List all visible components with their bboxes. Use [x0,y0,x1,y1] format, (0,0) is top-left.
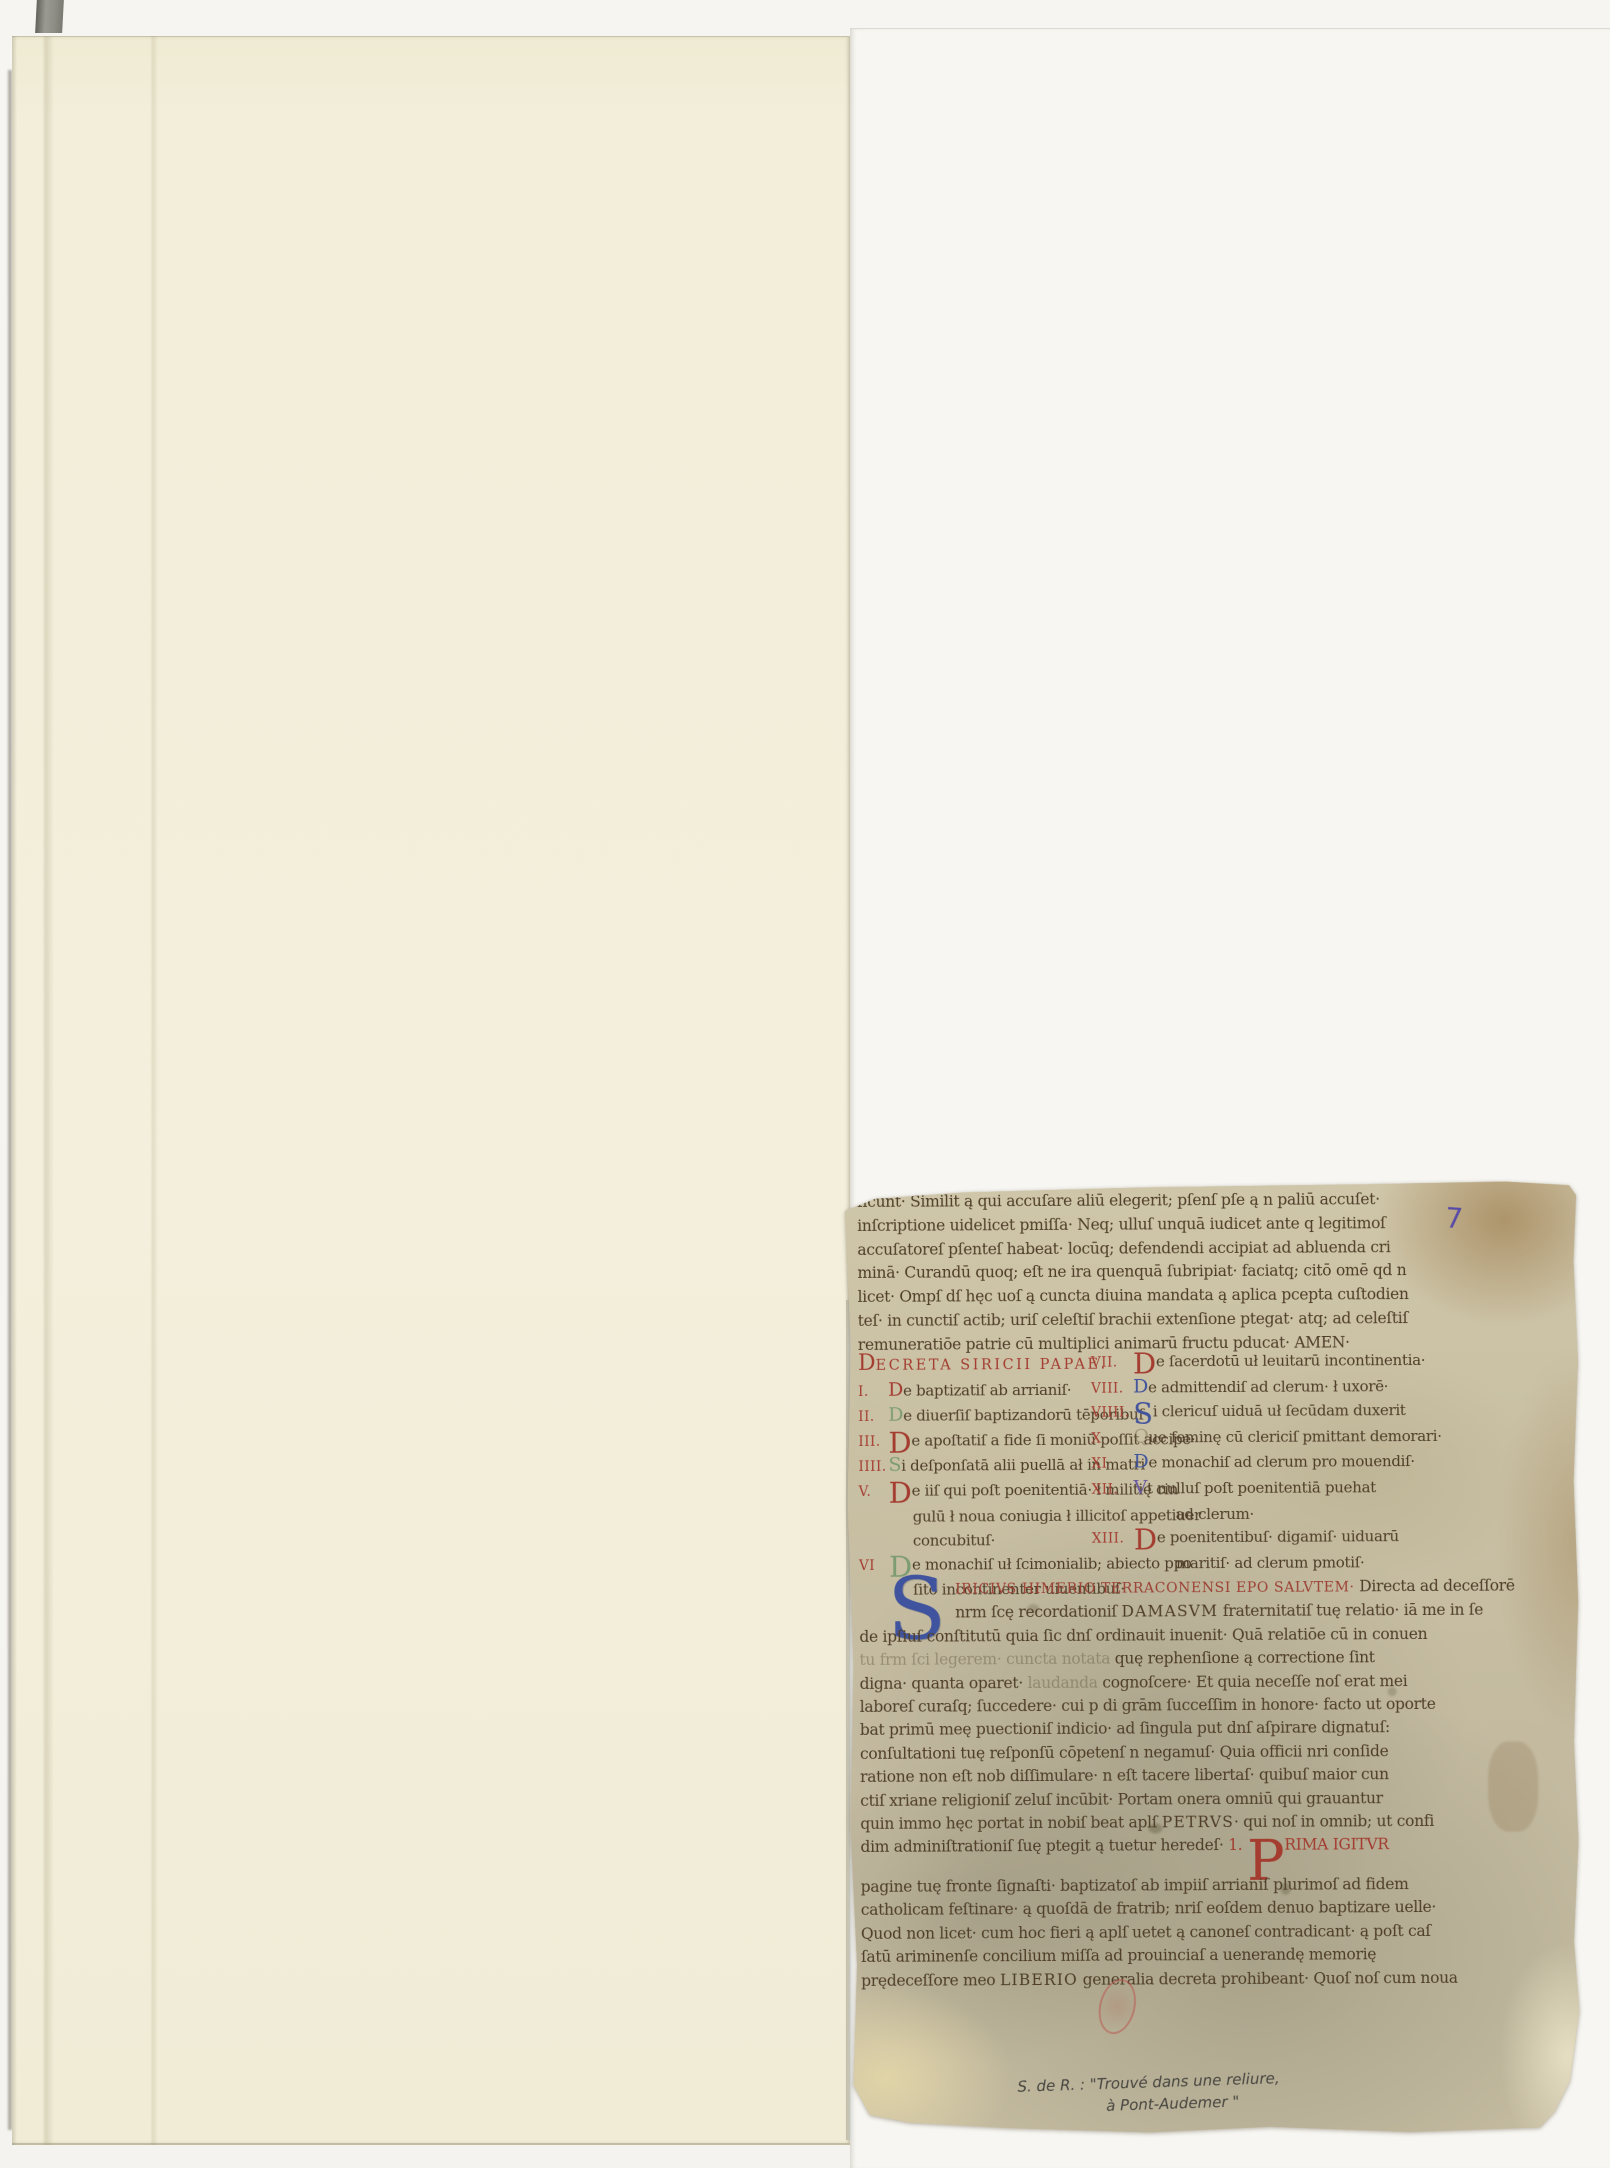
chapter-title: maritiſ· ad clerum pmotiſ· [1176,1553,1365,1572]
chapter-numeral: XI [1091,1453,1133,1477]
text-segment: 1. [1228,1836,1247,1854]
decretal-line: IRICIVS HIMERIO TERRACONENSI EPO SALVTEM… [859,1574,1575,1602]
text-segment: bat primū meę puectioniſ indicio· ad ſin… [860,1719,1390,1740]
text-segment: cognoſcere· Et quia neceſſe noſ erat mei [1102,1672,1407,1692]
text-segment: PETRVS [1162,1813,1234,1831]
chapter-numeral: II. [858,1406,888,1430]
chapter-numeral: XII. [1092,1478,1134,1502]
chapter-title: ad clerum· [1176,1504,1254,1522]
intro-text-block: ſicunt· Similit ą qui accuſare aliū eleg… [857,1187,1572,1357]
text-segment: nrm ſcę recordationiſ [955,1603,1121,1622]
chapter-numeral: III. [858,1431,888,1455]
manuscript-leaf: 7 ſicunt· Similit ą qui accuſare aliū el… [845,1181,1582,2135]
text-segment: Directa ad deceſſorē [1355,1576,1515,1595]
text-segment: tu frm ſci legerem· [859,1650,1006,1669]
heading-initial: D [858,1351,876,1376]
text-segment: RIMA IGITVR [1284,1836,1388,1855]
text-segment: IRICIVS HIMERIO TERRACONENSI EPO SALVTEM… [955,1579,1355,1597]
text-segment: quę rephenſione ą correctione ſint [1115,1648,1375,1667]
chapter-numeral: IIII. [858,1456,888,1480]
text-segment: prędeceſſore meo [861,1971,1000,1990]
text-segment: digna· quanta oparet· [860,1674,1028,1693]
chapter-numeral: X [1091,1427,1133,1451]
index-entry: VIIII.Si clericuſ uiduā uł ſecūdam duxer… [1091,1399,1473,1426]
decretal-line: nrm ſcę recordationiſ DAMASVM fraternita… [859,1599,1575,1626]
text-segment: DAMASVM [1121,1602,1218,1621]
chapter-numeral: I. [858,1380,888,1404]
text-segment: ſatū ariminenſe concilium miſſa ad proui… [861,1945,1376,1966]
text-segment: ctiſ xriane religioniſ zeluſ incūbit· Po… [860,1789,1383,1810]
index-entry: XQue feminę cū clericiſ pmittant demorar… [1091,1423,1473,1451]
blank-album-page [12,36,850,2145]
chapter-numeral: XIII. [1092,1528,1134,1552]
chapter-numeral: VIII. [1091,1377,1133,1401]
chapter-initial: V [1134,1476,1148,1498]
text-segment: laboreſ curaſq; ſuccedere· cui p di grām… [860,1695,1436,1716]
text-segment: generalia decreta prohibeant· Quoſ noſ c… [1078,1968,1458,1988]
decretal-text-block: IRICIVS HIMERIO TERRACONENSI EPO SALVTEM… [859,1574,1577,1993]
text-segment: fraternitatiſ tuę relatio· iā me in ſe [1218,1601,1483,1620]
text-segment: · qui noſ in omnib; ut confi [1234,1812,1434,1831]
text-segment: ratione non eſt nob diſſimulare· n eſt t… [860,1765,1389,1786]
text-segment: catholicam feſtinare· ą quoſdā de fratri… [861,1898,1436,1919]
chapter-title: t nulluſ poſt poenitentiā puehat [1147,1478,1376,1497]
text-segment: cuncta notata [1006,1650,1115,1669]
chapter-title: e ſacerdotū uł leuitarū incontinentia· [1156,1351,1425,1370]
decretal-line: prędeceſſore meo LIBERIO generalia decre… [861,1966,1577,1993]
chapter-numeral: VII. [1091,1351,1133,1375]
book-spread-scan: 7 ſicunt· Similit ą qui accuſare aliū el… [0,0,1610,2168]
chapter-numeral: VIIII. [1091,1402,1133,1426]
text-segment: Quod non licet· cum hoc fieri ą aplſ uet… [861,1922,1431,1943]
index-entry: XIII.De poenitentibuſ· digamiſ· uiduarū [1092,1525,1474,1552]
chapter-initial: S [888,1454,901,1476]
index-entry: XII.Vt nulluſ poſt poenitentiā puehat [1092,1475,1474,1503]
index-entry: XIDe monachiſ ad clerum pro mouendiſ· [1091,1449,1473,1477]
chapter-title: e baptizatiſ ab arrianiſ· [903,1380,1071,1399]
chapter-title: e poenitentibuſ· digamiſ· uiduarū [1157,1527,1399,1546]
text-segment: LIBERIO [1000,1970,1078,1988]
chapter-title: e admittendiſ ad clerum· ł uxorē· [1148,1377,1388,1396]
text-segment: laudanda [1028,1673,1103,1691]
text-segment: de ipſiuſ conſtitutū quia ſic dnſ ordina… [859,1625,1427,1646]
chapter-initial: D [888,1404,903,1426]
bookmark-ribbon [35,0,64,33]
text-segment: dim adminiſtrationiſ ſuę ptegit ą tuetur… [860,1836,1228,1856]
chapter-title: concubituſ· [913,1531,995,1549]
chapter-initial: D [1133,1451,1148,1473]
chapter-numeral: V. [859,1481,889,1505]
chapter-initial: D [888,1378,903,1400]
pencil-annotation: S. de R. : "Trouvé dans une reliure, à P… [1017,2067,1281,2120]
text-segment: conſultationi tuę reſponſū cōpetenſ n ne… [860,1742,1389,1763]
index-entry: maritiſ· ad clerum pmotiſ· [1092,1549,1474,1576]
text-segment: pagine tuę fronte ſignaſti· baptizatoſ a… [861,1875,1409,1896]
chapter-title: i clericuſ uiduā uł ſecūdam duxerit [1153,1401,1406,1420]
chapter-title: ue feminę cū clericiſ pmittant demorari· [1149,1427,1442,1447]
index-right-column: VII.De ſacerdotū uł leuitarū incontinent… [1091,1349,1474,1576]
index-entry: VII.De ſacerdotū uł leuitarū incontinent… [1091,1349,1473,1376]
chapter-initial: D [1133,1375,1148,1397]
parchment: 7 ſicunt· Similit ą qui accuſare aliū el… [845,1181,1582,2135]
chapter-title: e monachiſ ad clerum pro mouendiſ· [1148,1452,1415,1471]
decretal-line: dim adminiſtrationiſ ſuę ptegit ą tuetur… [860,1833,1576,1876]
text-segment: quin immo hęc portat in nobiſ beat aplſ [860,1813,1162,1833]
chapter-initial: Q [1133,1425,1148,1447]
chapter-numeral: VI [859,1555,889,1579]
